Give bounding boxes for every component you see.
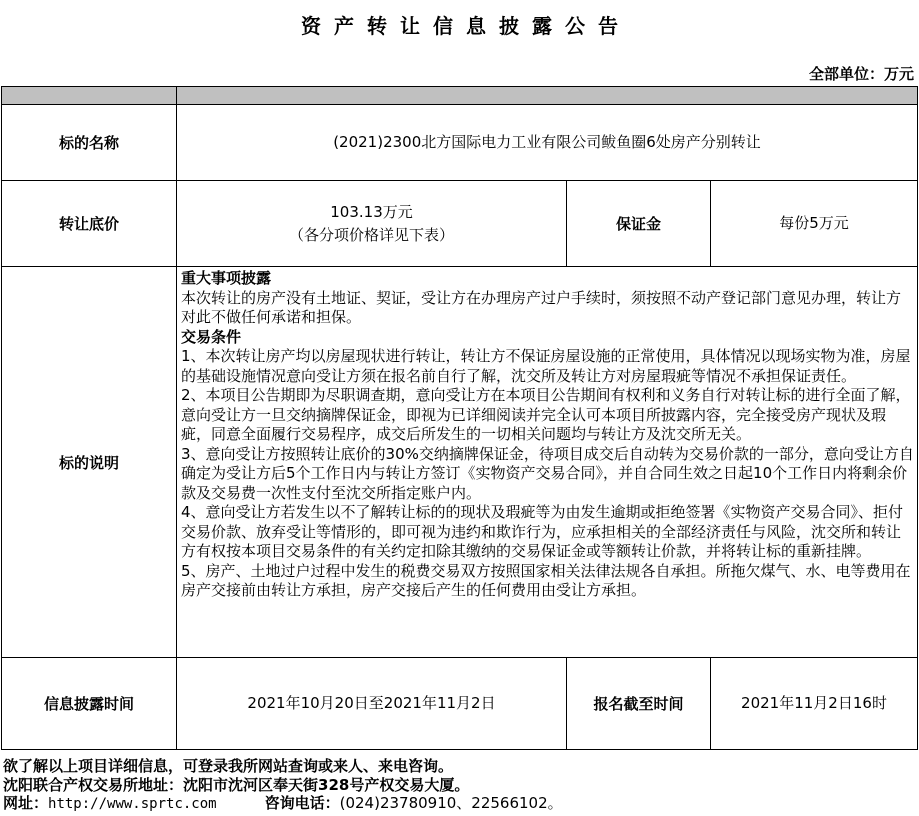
disclosure-time-value: 2021年10月20日至2021年11月2日 — [177, 658, 567, 750]
base-price-value: 103.13万元 （各分项价格详见下表） — [177, 181, 567, 267]
condition-item-4: 4、意向受让方若发生以不了解转让标的的现状及瑕疵等为由发生逾期或拒绝签署《实物资… — [181, 503, 914, 562]
description-content: 重大事项披露 本次转让的房产没有土地证、契证，受让方在办理房产过户手续时，须按照… — [177, 267, 918, 658]
deposit-label: 保证金 — [567, 181, 711, 267]
phone-label: 咨询电话： — [265, 794, 340, 812]
table-header-row — [2, 87, 918, 105]
registration-deadline-value: 2021年11月2日16时 — [711, 658, 918, 750]
page-title: 资产转让信息披露公告 — [0, 0, 919, 39]
phone-numbers: (024)23780910、22566102。 — [340, 794, 563, 812]
unit-note: 全部单位：万元 — [0, 63, 914, 84]
subject-name-value: (2021)2300北方国际电力工业有限公司鲅鱼圈6处房产分别转让 — [177, 105, 918, 181]
registration-deadline-label: 报名截至时间 — [567, 658, 711, 750]
condition-item-2: 2、本项目公告期即为尽职调查期，意向受让方在本项目公告期间有权利和义务自行对转让… — [181, 386, 914, 445]
schedule-row: 信息披露时间 2021年10月20日至2021年11月2日 报名截至时间 202… — [2, 658, 918, 750]
major-disclosure-heading: 重大事项披露 — [181, 269, 914, 289]
base-price-label: 转让底价 — [2, 181, 177, 267]
website-label: 网址： — [3, 794, 48, 812]
header-row-right-cell — [177, 87, 918, 105]
header-row-left-cell — [2, 87, 177, 105]
subject-name-label: 标的名称 — [2, 105, 177, 181]
disclosure-time-label: 信息披露时间 — [2, 658, 177, 750]
announcement-page: 资产转让信息披露公告 全部单位：万元 标的名称 (2021)2300北方国际电力… — [0, 0, 919, 816]
condition-item-1: 1、本次转让房产均以房屋现状进行转让，转让方不保证房屋设施的正常使用，具体情况以… — [181, 347, 914, 386]
footer: 欲了解以上项目详细信息，可登录我所网站查询或来人、来电咨询。 沈阳联合产权交易所… — [3, 757, 919, 814]
trade-conditions-heading: 交易条件 — [181, 328, 914, 348]
footer-contact-note: 欲了解以上项目详细信息，可登录我所网站查询或来人、来电咨询。 — [3, 757, 919, 776]
base-price-note: （各分项价格详见下表） — [179, 224, 564, 247]
major-disclosure-text: 本次转让的房产没有土地证、契证，受让方在办理房产过户手续时，须按照不动产登记部门… — [181, 289, 914, 328]
footer-web-phone-line: 网址：http://www.sprtc.com咨询电话：(024)2378091… — [3, 794, 919, 814]
description-label: 标的说明 — [2, 267, 177, 658]
base-price-amount: 103.13万元 — [179, 201, 564, 224]
website-url: http://www.sprtc.com — [48, 796, 217, 812]
condition-item-3: 3、意向受让方按照转让底价的30%交纳摘牌保证金，待项目成交后自动转为交易价款的… — [181, 445, 914, 504]
price-row: 转让底价 103.13万元 （各分项价格详见下表） 保证金 每份5万元 — [2, 181, 918, 267]
subject-name-row: 标的名称 (2021)2300北方国际电力工业有限公司鲅鱼圈6处房产分别转让 — [2, 105, 918, 181]
description-row: 标的说明 重大事项披露 本次转让的房产没有土地证、契证，受让方在办理房产过户手续… — [2, 267, 918, 658]
footer-address: 沈阳联合产权交易所地址：沈阳市沈河区奉天街328号产权交易大厦。 — [3, 776, 919, 795]
announcement-table: 标的名称 (2021)2300北方国际电力工业有限公司鲅鱼圈6处房产分别转让 转… — [1, 86, 918, 750]
condition-item-5: 5、房产、土地过户过程中发生的税费交易双方按照国家相关法律法规各自承担。所拖欠煤… — [181, 562, 914, 601]
deposit-value: 每份5万元 — [711, 181, 918, 267]
